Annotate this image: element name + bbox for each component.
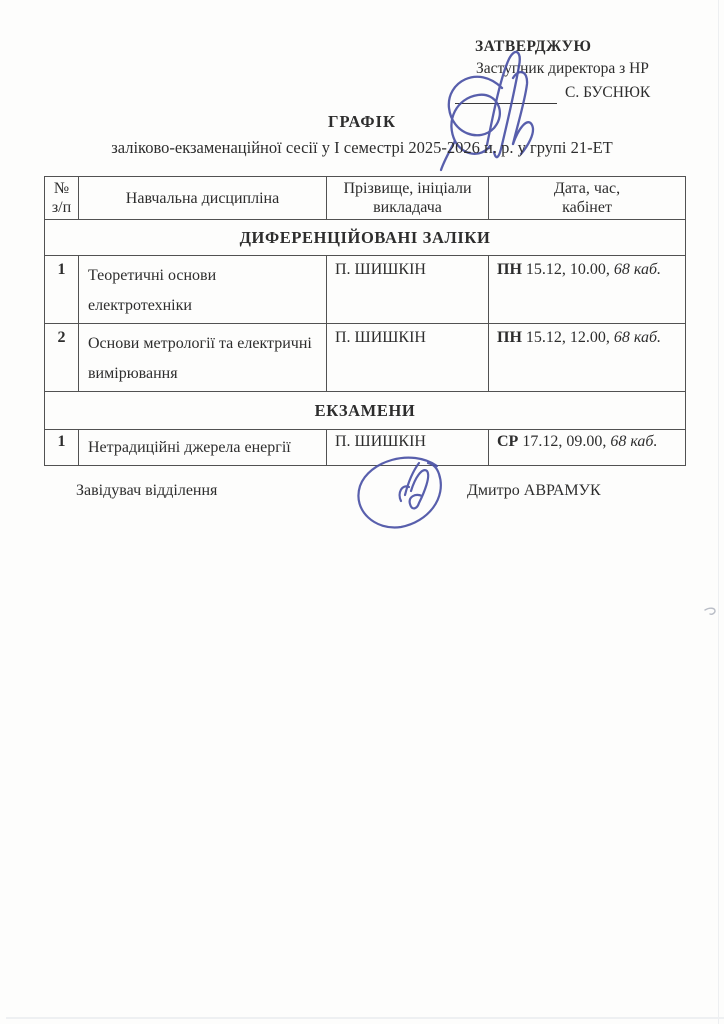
schedule-table: № з/п Навчальна дисципліна Прізвище, іні… (44, 176, 686, 466)
row-discipline: Теоретичні основи електротехніки (79, 256, 327, 324)
scanned-schedule-document: ЗАТВЕРДЖУЮ Заступник директора з НР С. Б… (0, 0, 724, 1024)
title-block: ГРАФІК заліково-екзаменаційної сесії у І… (0, 112, 724, 158)
row-room: 68 каб. (614, 329, 661, 346)
table-header-row: № з/п Навчальна дисципліна Прізвище, іні… (45, 177, 686, 220)
row-schedule: ПН 15.12, 12.00, 68 каб. (489, 324, 686, 392)
col-header-schedule-text: Дата, час, кабінет (535, 179, 639, 217)
row-number: 1 (45, 256, 79, 324)
footer-head-name: Дмитро АВРАМУК (467, 482, 601, 500)
row-discipline: Нетрадиційні джерела енергії (79, 430, 327, 466)
footer-position-title: Завідувач відділення (76, 482, 217, 500)
row-teacher: П. ШИШКІН (327, 324, 489, 392)
row-number: 2 (45, 324, 79, 392)
section-title-exams: ЕКЗАМЕНИ (45, 392, 686, 430)
row-discipline: Основи метрології та електричні вимірюва… (79, 324, 327, 392)
section-row-exams: ЕКЗАМЕНИ (45, 392, 686, 430)
table-row: 1 Нетрадиційні джерела енергії П. ШИШКІН… (45, 430, 686, 466)
col-header-num-line1: № (51, 179, 72, 198)
row-teacher: П. ШИШКІН (327, 256, 489, 324)
col-header-discipline: Навчальна дисципліна (79, 177, 327, 220)
row-schedule: ПН 15.12, 10.00, 68 каб. (489, 256, 686, 324)
col-header-num-line2: з/п (51, 198, 72, 217)
row-day-code: ПН (497, 329, 522, 346)
col-header-num: № з/п (45, 177, 79, 220)
row-schedule: СР 17.12, 09.00, 68 каб. (489, 430, 686, 466)
approval-label: ЗАТВЕРДЖУЮ (455, 36, 695, 58)
table-row: 2 Основи метрології та електричні вимірю… (45, 324, 686, 392)
page-scan-edge-right (718, 0, 719, 1024)
row-teacher: П. ШИШКІН (327, 430, 489, 466)
row-room: 68 каб. (610, 433, 657, 450)
approver-name: С. БУСНЮК (565, 82, 650, 104)
row-day-code: СР (497, 433, 518, 450)
row-room: 68 каб. (614, 261, 661, 278)
signature-underline (455, 86, 557, 104)
approver-position: Заступник директора з НР (455, 58, 695, 80)
row-datetime: 15.12, 10.00, (526, 261, 610, 278)
section-row-credits: ДИФЕРЕНЦІЙОВАНІ ЗАЛІКИ (45, 220, 686, 256)
table-row: 1 Теоретичні основи електротехніки П. ШИ… (45, 256, 686, 324)
row-datetime: 15.12, 12.00, (526, 329, 610, 346)
page-scan-edge-bottom (6, 1017, 724, 1019)
section-title-credits: ДИФЕРЕНЦІЙОВАНІ ЗАЛІКИ (45, 220, 686, 256)
col-header-schedule: Дата, час, кабінет (489, 177, 686, 220)
row-datetime: 17.12, 09.00, (522, 433, 606, 450)
document-title: ГРАФІК (0, 112, 724, 132)
row-day-code: ПН (497, 261, 522, 278)
approval-block: ЗАТВЕРДЖУЮ Заступник директора з НР С. Б… (455, 36, 695, 104)
document-subtitle: заліково-екзаменаційної сесії у І семест… (0, 138, 724, 158)
col-header-teacher: Прізвище, ініціали викладача (327, 177, 489, 220)
row-number: 1 (45, 430, 79, 466)
approval-signature-line: С. БУСНЮК (455, 82, 695, 104)
